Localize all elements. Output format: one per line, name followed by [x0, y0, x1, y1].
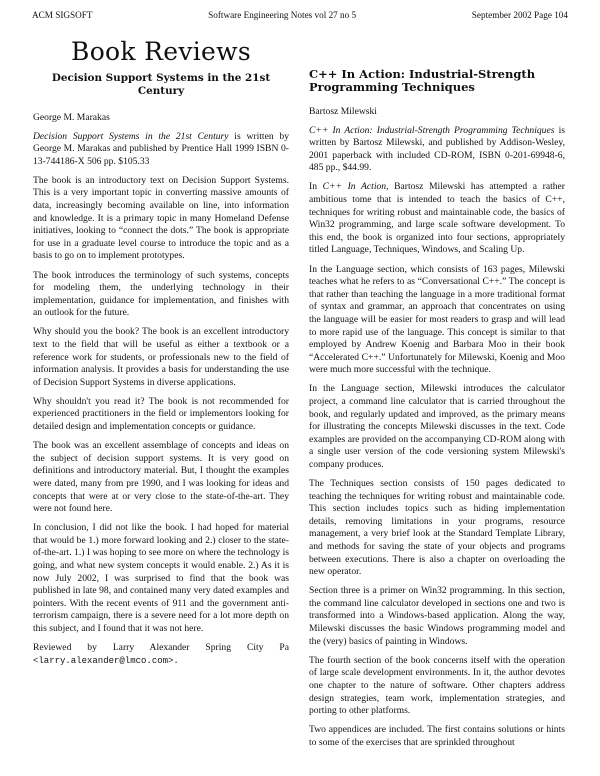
book-author: Bartosz Milewski — [309, 106, 565, 119]
paragraph: In conclusion, I did not like the book. … — [33, 522, 289, 635]
spacer — [309, 30, 565, 58]
running-header: ACM SIGSOFT Software Engineering Notes v… — [32, 10, 568, 20]
review-title: Decision Support Systems in the 21st Cen… — [33, 72, 289, 98]
text-run: In — [309, 181, 323, 192]
book-author: George M. Marakas — [33, 112, 289, 125]
paragraph: Why shouldn't you read it? The book is n… — [33, 396, 289, 434]
page-title: Book Reviews — [33, 38, 289, 66]
paragraph: The book is an introductory text on Deci… — [33, 175, 289, 263]
book-title-italic: C++ In Action — [323, 181, 386, 192]
text-run: , Bartosz Milewski has attempted a rathe… — [309, 181, 565, 255]
reviewer-credit: Reviewed by Larry Alexander Spring City … — [33, 642, 289, 655]
paragraph: Why should you the book? The book is an … — [33, 326, 289, 389]
paragraph: In the Language section, which consists … — [309, 264, 565, 377]
paragraph: Two appendices are included. The first c… — [309, 724, 565, 749]
paragraph: The book was an excellent assemblage of … — [33, 440, 289, 516]
paragraph: In the Language section, Milewski introd… — [309, 383, 565, 471]
paragraph: Section three is a primer on Win32 progr… — [309, 585, 565, 648]
book-title-italic: C++ In Action: Industrial-Strength Progr… — [309, 125, 554, 136]
book-citation: C++ In Action: Industrial-Strength Progr… — [309, 125, 565, 175]
paragraph: The fourth section of the book concerns … — [309, 655, 565, 718]
reviewer-email[interactable]: <larry.alexander@lmco.com>. — [33, 655, 289, 668]
review-title: C++ In Action: Industrial-Strength Progr… — [309, 68, 565, 94]
header-publisher: ACM SIGSOFT — [32, 10, 93, 20]
header-date-page: September 2002 Page 104 — [472, 10, 568, 20]
paragraph: In C++ In Action, Bartosz Milewski has a… — [309, 181, 565, 257]
right-column: C++ In Action: Industrial-Strength Progr… — [309, 30, 565, 756]
paragraph: The Techniques section consists of 150 p… — [309, 478, 565, 579]
book-citation: Decision Support Systems in the 21st Cen… — [33, 131, 289, 169]
paragraph: The book introduces the terminology of s… — [33, 270, 289, 320]
left-column: Book Reviews Decision Support Systems in… — [33, 30, 289, 667]
header-journal: Software Engineering Notes vol 27 no 5 — [208, 10, 356, 20]
book-title-italic: Decision Support Systems in the 21st Cen… — [33, 131, 229, 142]
